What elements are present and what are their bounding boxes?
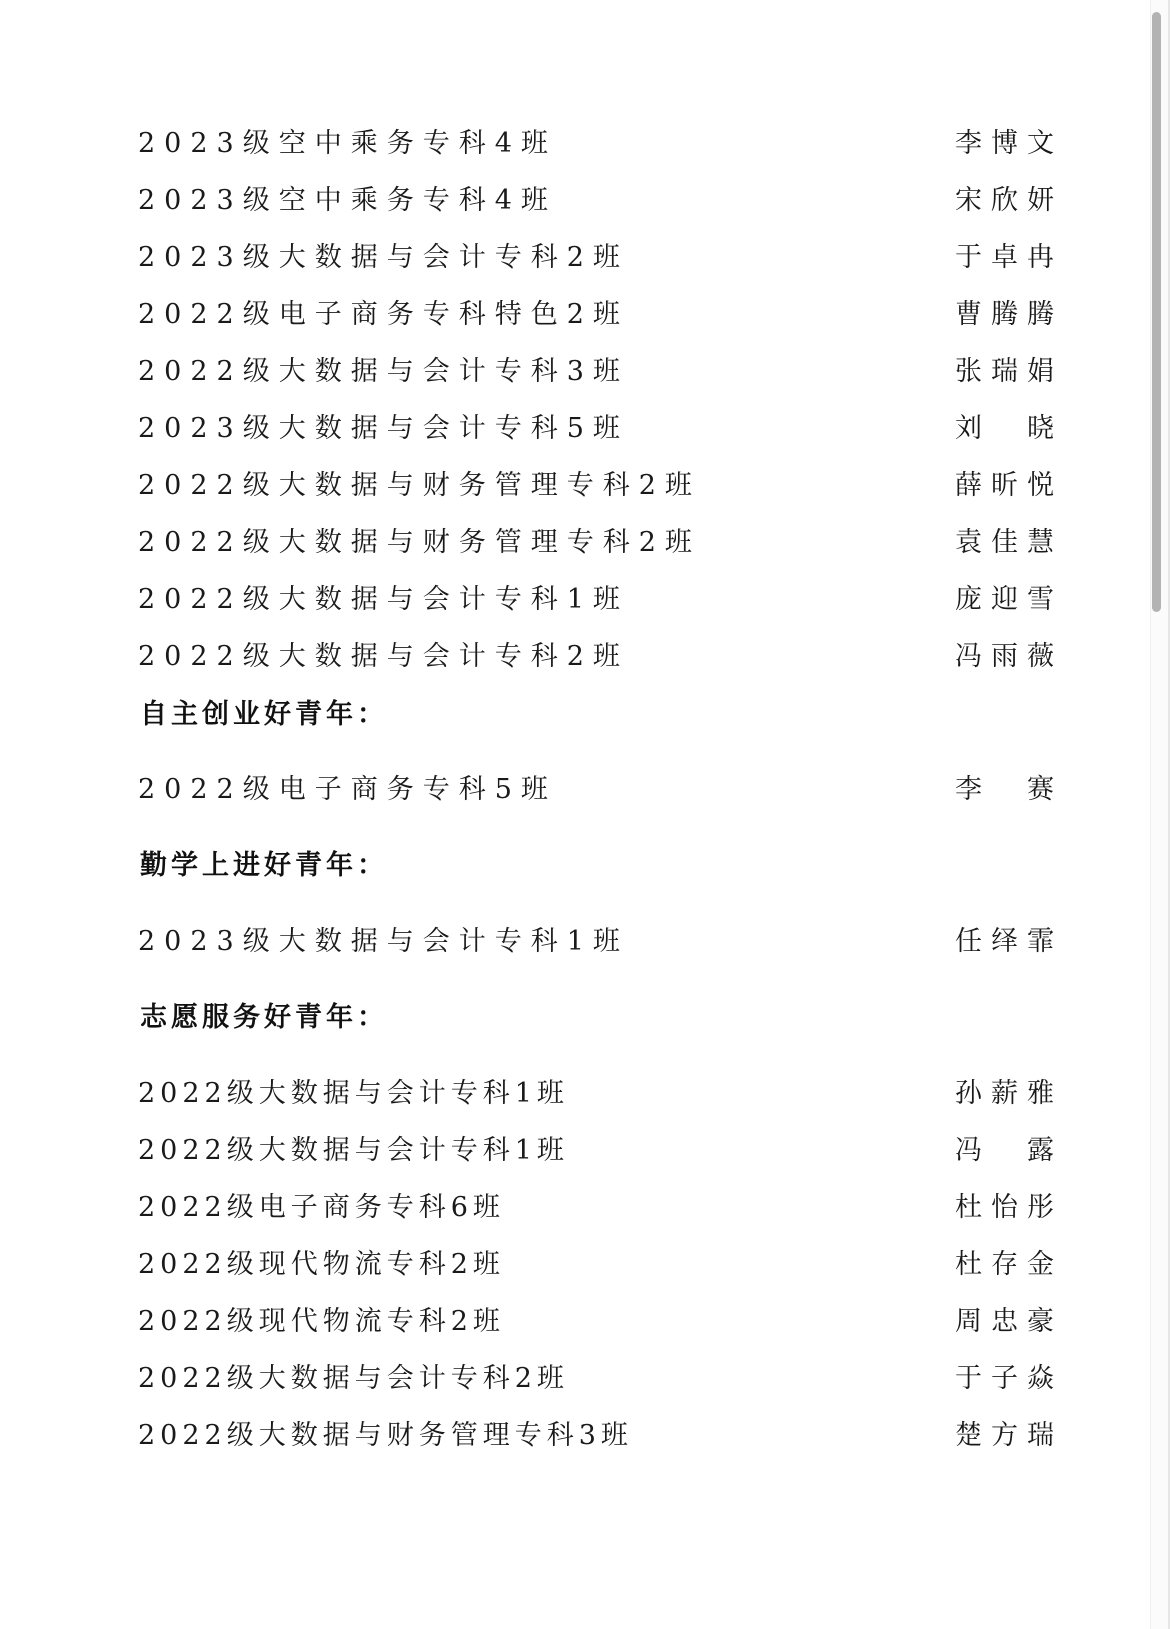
student-name: 冯 露: [955, 1128, 1063, 1167]
class-name: 2023级空中乘务专科4班: [138, 178, 557, 217]
list-item: 2022级现代物流专科2班 周忠豪: [138, 1298, 1054, 1338]
class-name: 2022级电子商务专科5班: [138, 767, 557, 806]
list-item: 2023级大数据与会计专科5班 刘 晓: [138, 405, 1054, 445]
student-name: 薛昕悦: [955, 463, 1063, 502]
list-item: 2022级大数据与会计专科1班 庞迎雪: [138, 576, 1054, 616]
list-item: 2023级空中乘务专科4班 宋欣妍: [138, 177, 1054, 217]
list-item: 2022级大数据与会计专科3班 张瑞娟: [138, 348, 1054, 388]
student-name: 庞迎雪: [955, 577, 1063, 616]
student-name: 于卓冉: [955, 235, 1063, 274]
list-item: 2022级大数据与财务管理专科3班 楚方瑞: [138, 1412, 1054, 1452]
section-heading-diligent-study: 勤学上进好青年：: [140, 843, 388, 882]
class-name: 2022级大数据与财务管理专科2班: [138, 520, 701, 559]
student-name: 楚方瑞: [955, 1413, 1063, 1452]
class-name: 2022级大数据与会计专科2班: [138, 1356, 569, 1395]
student-name: 周忠豪: [955, 1299, 1063, 1338]
student-name: 杜怡彤: [955, 1185, 1063, 1224]
list-item: 2022级大数据与会计专科2班 于子焱: [138, 1355, 1054, 1395]
class-name: 2023级空中乘务专科4班: [138, 121, 557, 160]
list-item: 2023级空中乘务专科4班 李博文: [138, 120, 1054, 160]
student-name: 任绎霏: [955, 919, 1063, 958]
class-name: 2022级大数据与会计专科2班: [138, 634, 629, 673]
class-name: 2022级大数据与财务管理专科3班: [138, 1413, 633, 1452]
student-name: 宋欣妍: [955, 178, 1063, 217]
student-name: 刘 晓: [955, 406, 1063, 445]
student-name: 孙薪雅: [955, 1071, 1063, 1110]
student-name: 张瑞娟: [955, 349, 1063, 388]
list-item: 2022级大数据与会计专科1班 冯 露: [138, 1127, 1054, 1167]
document-page: 2023级空中乘务专科4班 李博文 2023级空中乘务专科4班 宋欣妍 2023…: [0, 0, 1150, 1629]
list-item: 2022级大数据与会计专科1班 孙薪雅: [138, 1070, 1054, 1110]
list-item: 2023级大数据与会计专科2班 于卓冉: [138, 234, 1054, 274]
section-heading-entrepreneurship: 自主创业好青年：: [140, 692, 388, 731]
class-name: 2022级大数据与会计专科3班: [138, 349, 629, 388]
class-name: 2022级大数据与会计专科1班: [138, 1128, 569, 1167]
student-name: 袁佳慧: [955, 520, 1063, 559]
list-item: 2022级电子商务专科特色2班 曹腾腾: [138, 291, 1054, 331]
student-name: 杜存金: [955, 1242, 1063, 1281]
scrollbar-thumb[interactable]: [1152, 12, 1161, 612]
student-name: 李博文: [955, 121, 1063, 160]
student-name: 李 赛: [955, 767, 1063, 806]
class-name: 2022级现代物流专科2班: [138, 1242, 505, 1281]
class-name: 2022级大数据与会计专科1班: [138, 1071, 569, 1110]
list-item: 2022级大数据与会计专科2班 冯雨薇: [138, 633, 1054, 673]
student-name: 冯雨薇: [955, 634, 1063, 673]
class-name: 2023级大数据与会计专科1班: [138, 919, 629, 958]
student-name: 于子焱: [955, 1356, 1063, 1395]
class-name: 2023级大数据与会计专科2班: [138, 235, 629, 274]
student-name: 曹腾腾: [955, 292, 1063, 331]
list-item: 2022级电子商务专科6班 杜怡彤: [138, 1184, 1054, 1224]
list-item: 2022级大数据与财务管理专科2班 薛昕悦: [138, 462, 1054, 502]
list-item: 2022级电子商务专科5班 李 赛: [138, 766, 1054, 806]
class-name: 2022级大数据与财务管理专科2班: [138, 463, 701, 502]
list-item: 2022级大数据与财务管理专科2班 袁佳慧: [138, 519, 1054, 559]
class-name: 2022级电子商务专科6班: [138, 1185, 505, 1224]
class-name: 2022级现代物流专科2班: [138, 1299, 505, 1338]
class-name: 2022级电子商务专科特色2班: [138, 292, 629, 331]
class-name: 2022级大数据与会计专科1班: [138, 577, 629, 616]
list-item: 2022级现代物流专科2班 杜存金: [138, 1241, 1054, 1281]
class-name: 2023级大数据与会计专科5班: [138, 406, 629, 445]
section-heading-volunteer-service: 志愿服务好青年：: [140, 995, 388, 1034]
list-item: 2023级大数据与会计专科1班 任绎霏: [138, 918, 1054, 958]
